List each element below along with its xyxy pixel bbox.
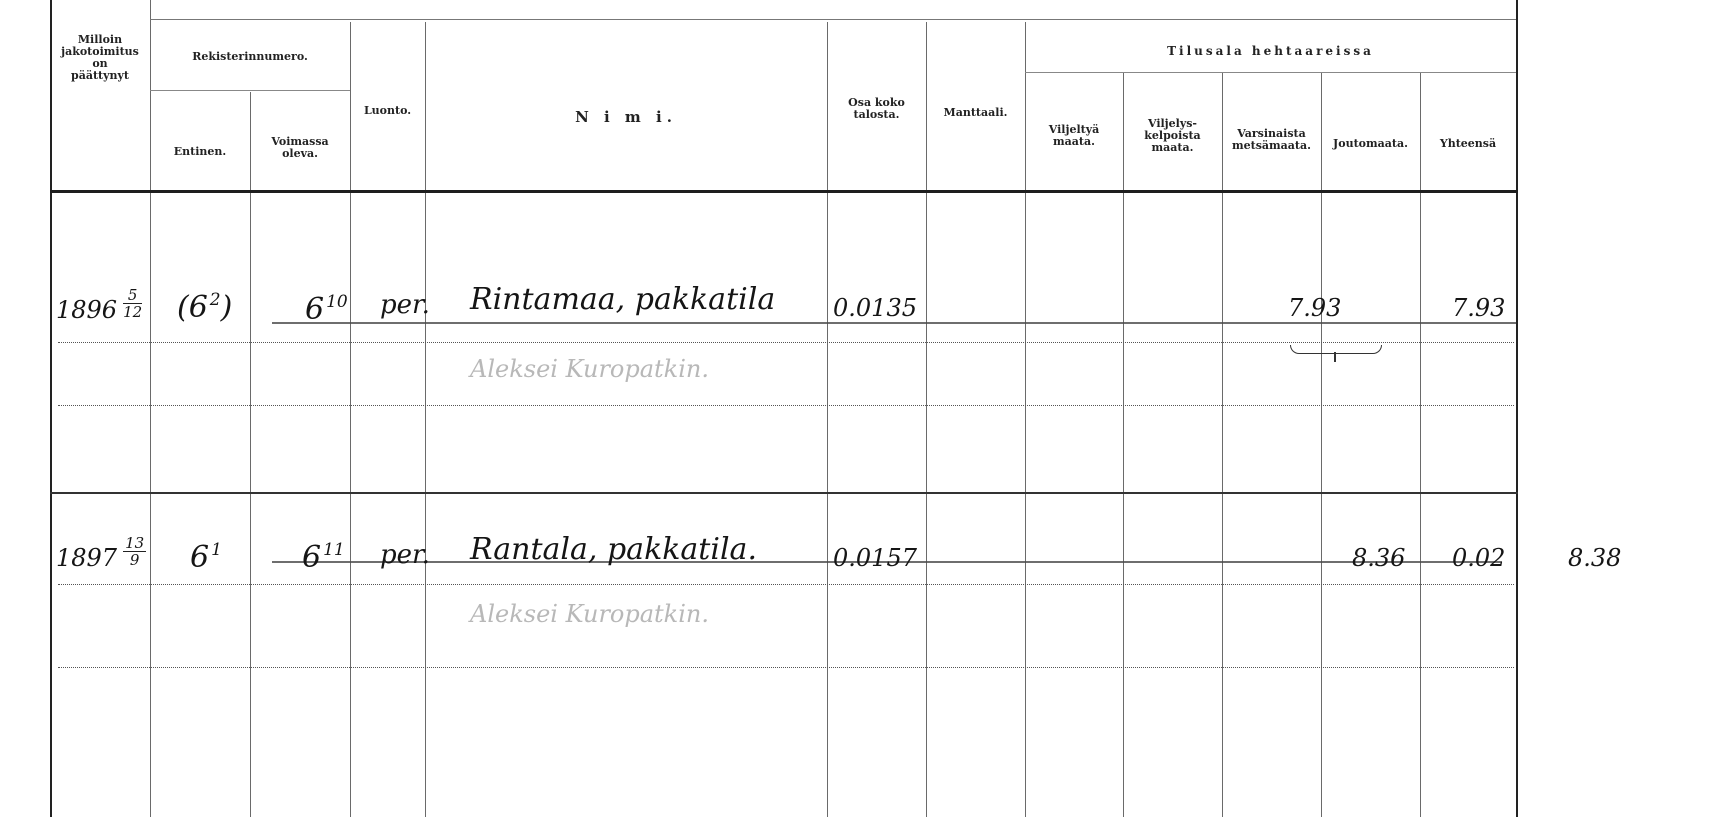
date-fraction: 139 (123, 535, 146, 568)
header-name: N i m i. (425, 111, 827, 123)
col-divider (350, 22, 351, 817)
header-nature: Luonto. (350, 105, 425, 117)
previous-sup: 2 (210, 290, 221, 310)
date-month: 12 (123, 304, 142, 320)
row-subline (58, 667, 1514, 668)
share-of-house: 0.0135 (833, 294, 917, 322)
previous-sup: 1 (211, 540, 222, 560)
left-border (50, 0, 52, 817)
col-divider (1420, 72, 1421, 817)
row-baseline (58, 584, 1514, 585)
previous-register-number: 61 (190, 540, 222, 575)
header-line: metsämaata. (1222, 140, 1321, 152)
right-border (1516, 0, 1518, 817)
date-fraction: 512 (123, 287, 142, 320)
header-line: maata. (1025, 136, 1123, 148)
date-year: 1897 (56, 544, 117, 572)
date-month: 9 (123, 552, 146, 568)
property-name: Rantala, pakkatila. (470, 532, 757, 567)
bracket-tip (1334, 352, 1336, 362)
previous-number: (6 (177, 290, 208, 325)
header-arable: Viljelys- kelpoista maata. (1123, 118, 1222, 154)
header-date-column: Milloin jakotoimitus on päättynyt (52, 34, 148, 82)
owner-name: Aleksei Kuropatkin. (470, 355, 709, 383)
header-previous: Entinen. (150, 146, 250, 158)
header-line: päättynyt (52, 70, 148, 82)
header-total: Yhteensä (1420, 138, 1516, 150)
share-of-house: 0.0157 (833, 544, 917, 572)
col-divider (425, 22, 426, 817)
nature: per. (380, 290, 430, 320)
previous-register-number: (62) (177, 290, 232, 325)
header-bottom-rule (50, 190, 1518, 193)
nature: per. (380, 540, 430, 570)
wasteland-area: 0.02 (1452, 544, 1505, 572)
previous-number: 6 (190, 540, 209, 575)
date-year: 1896 (56, 296, 117, 324)
current-number: 6 (305, 292, 324, 327)
header-manttaali: Manttaali. (926, 107, 1025, 119)
register-page: Milloin jakotoimitus on päättynyt Rekist… (0, 0, 1711, 817)
total-area: 8.38 (1568, 544, 1621, 572)
col-divider (827, 22, 828, 817)
col-divider (1321, 72, 1322, 817)
row-subline (58, 405, 1514, 406)
date-day: 13 (123, 535, 146, 552)
header-wasteland: Joutomaata. (1321, 138, 1420, 150)
header-forest: Varsinaista metsämaata. (1222, 128, 1321, 152)
header-share: Osa koko talosta. (827, 97, 926, 121)
bracket-arable-forest (1290, 345, 1382, 354)
header-line: maata. (1123, 142, 1222, 154)
current-sup: 10 (326, 292, 348, 312)
row-baseline (58, 342, 1514, 343)
header-line: oleva. (250, 148, 350, 160)
col-divider (1123, 72, 1124, 817)
header-current: Voimassa oleva. (250, 136, 350, 160)
header-cultivated: Viljeltyä maata. (1025, 124, 1123, 148)
completion-date: 1896512 (56, 295, 142, 328)
area-group-rule (1025, 72, 1516, 73)
row-separator (50, 492, 1518, 494)
header-area-group: Tilusala hehtaareissa (1025, 45, 1516, 57)
header-line: talosta. (827, 109, 926, 121)
strike-through-line (272, 322, 1516, 324)
current-register-number: 611 (302, 540, 345, 575)
completion-date: 1897139 (56, 543, 146, 576)
col-divider (250, 92, 251, 817)
previous-close: ) (221, 290, 233, 325)
col-divider (1222, 72, 1223, 817)
property-name: Rintamaa, pakkatila (470, 282, 775, 317)
arable-forest-area: 7.93 (1288, 294, 1341, 322)
forest-area: 8.36 (1352, 544, 1405, 572)
current-sup: 11 (323, 540, 345, 560)
col-divider (926, 22, 927, 817)
col-divider (150, 0, 151, 817)
register-group-rule (150, 90, 350, 91)
current-register-number: 610 (305, 292, 348, 327)
current-number: 6 (302, 540, 321, 575)
owner-name: Aleksei Kuropatkin. (470, 600, 709, 628)
total-area: 7.93 (1452, 294, 1505, 322)
header-register-group: Rekisterinnumero. (150, 51, 350, 63)
header-top-rule (150, 19, 1516, 20)
date-day: 5 (123, 287, 142, 304)
